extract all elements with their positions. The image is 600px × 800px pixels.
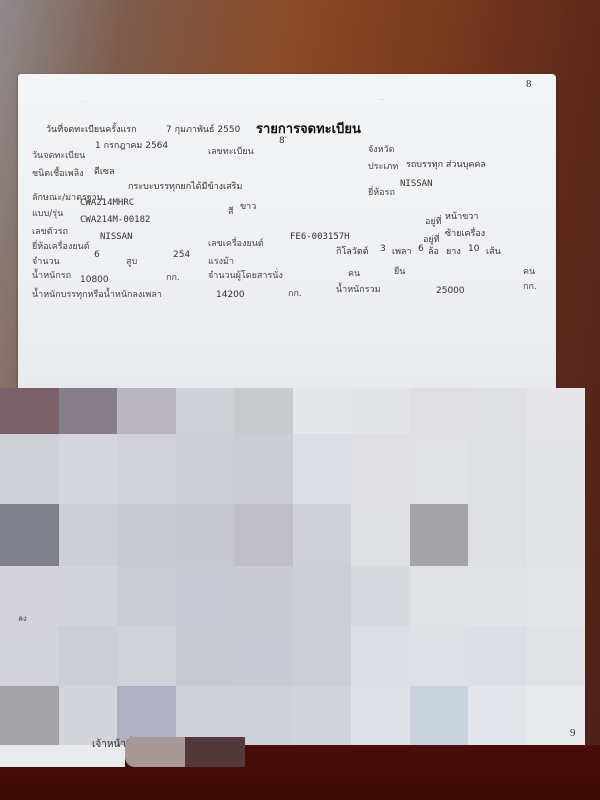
gross-weight-unit: กก. <box>523 279 537 293</box>
mosaic-tile <box>234 626 293 686</box>
vehicle-weight-label: น้ำหนักรถ <box>32 268 71 282</box>
mosaic-tile <box>527 626 586 686</box>
chassis-location-label: อยู่ที่ <box>425 214 442 228</box>
mosaic-tile <box>293 434 352 504</box>
vehicle-weight-unit: กก. <box>166 270 180 284</box>
first-registration-value: 7 กุมภาพันธ์ 2550 <box>166 122 240 136</box>
brand-label: ยี่ห้อรถ <box>368 185 395 199</box>
model-value: CWA214MHRC <box>80 198 134 208</box>
tires-unit: เส้น <box>486 244 501 258</box>
mosaic-tile <box>59 504 118 566</box>
faint-header-left: ... <box>78 96 85 104</box>
standing-label: ยืน <box>394 264 405 278</box>
mosaic-tile <box>410 434 469 504</box>
page-number-top: 8 <box>526 78 532 90</box>
engine-location-value: ซ้ายเครื่อง <box>445 226 485 240</box>
passengers-label: จำนวนผู้โดยสารนั่ง <box>208 268 283 282</box>
mosaic-tile <box>351 434 410 504</box>
mosaic-tile <box>176 566 235 626</box>
registration-number-value: 8′ <box>279 136 287 146</box>
province-label: จังหวัด <box>368 142 395 156</box>
gross-weight-value: 25000 <box>436 286 465 296</box>
mosaic-tile <box>0 434 59 504</box>
mosaic-tile <box>293 566 352 626</box>
axles-unit: เพลา <box>392 244 412 258</box>
mosaic-tile <box>351 686 410 745</box>
body-style-value: กระบะบรรทุกยกได้มีข้างเสริม <box>128 179 242 193</box>
kilowatt-label: กิโลวัตต์ <box>336 244 369 258</box>
engine-number-label: เลขเครื่องยนต์ <box>208 236 264 250</box>
mosaic-tile <box>527 686 586 745</box>
mosaic-tile <box>176 388 235 434</box>
registration-date-value: 1 กรกฎาคม 2564 <box>95 138 168 152</box>
mosaic-tile <box>117 434 176 504</box>
wheels-value: 6 <box>418 244 424 254</box>
mosaic-tile <box>0 626 59 686</box>
chassis-number-label: เลขตัวรถ <box>32 224 68 238</box>
mosaic-tile <box>410 566 469 626</box>
engine-brand-label: ยี่ห้อเครื่องยนต์ <box>32 239 90 253</box>
censored-block <box>185 737 245 767</box>
mosaic-tile <box>117 388 176 434</box>
mosaic-tile <box>527 388 586 434</box>
mosaic-tile <box>293 504 352 566</box>
censored-region <box>0 388 585 745</box>
tires-label: ยาง <box>446 244 461 258</box>
color-value: ขาว <box>240 199 256 213</box>
faint-header-right: ... <box>378 94 385 102</box>
first-registration-label: วันที่จดทะเบียนครั้งแรก <box>46 122 137 136</box>
mosaic-tile <box>527 566 586 626</box>
cylinders-label: จำนวน <box>32 254 60 268</box>
mosaic-tile <box>410 504 469 566</box>
mosaic-tile <box>59 434 118 504</box>
vehicle-type-value: รถบรรทุก ส่วนบุคคล <box>406 157 486 171</box>
mosaic-tile <box>176 434 235 504</box>
gross-weight-label: น้ำหนักรวม <box>336 282 381 296</box>
fuel-type-label: ชนิดเชื้อเพลิง <box>32 166 84 180</box>
mosaic-tile <box>234 388 293 434</box>
mosaic-tile <box>351 566 410 626</box>
color-label: สี <box>228 204 234 218</box>
mosaic-tile <box>293 388 352 434</box>
registration-date-label: วันจดทะเบียน <box>32 148 85 162</box>
mosaic-tile <box>293 626 352 686</box>
mosaic-tile <box>410 388 469 434</box>
cylinders-value: 6 <box>94 250 100 260</box>
brand-value: NISSAN <box>400 179 433 189</box>
payload-label: น้ำหนักบรรทุกหรือน้ำหนักลงเพลา <box>32 287 162 301</box>
mosaic-tile <box>527 504 586 566</box>
engine-number-value: FE6-003157H <box>290 232 350 242</box>
payload-unit: กก. <box>288 286 302 300</box>
mosaic-tile <box>234 504 293 566</box>
standing-unit: คน <box>523 264 535 278</box>
mosaic-tile <box>468 686 527 745</box>
mosaic-tile <box>234 566 293 626</box>
mosaic-tile <box>468 626 527 686</box>
displacement-unit: แรงม้า <box>208 254 234 268</box>
wheels-unit: ล้อ <box>428 244 439 258</box>
vehicle-weight-value: 10800 <box>80 275 109 285</box>
mosaic-tile <box>176 626 235 686</box>
model-label: แบบ/รุ่น <box>32 206 63 220</box>
chassis-number-value: CWA214M-00182 <box>80 215 150 225</box>
mosaic-tile <box>59 566 118 626</box>
mosaic-tile <box>468 504 527 566</box>
mosaic-tile <box>527 434 586 504</box>
mosaic-tile <box>293 686 352 745</box>
passengers-unit: คน <box>348 266 360 280</box>
mosaic-tile <box>117 566 176 626</box>
sign-label: ลง <box>18 612 27 625</box>
displacement-value: 254 <box>173 250 190 260</box>
document-title: รายการจดทะเบียน <box>256 118 361 139</box>
axles-value: 3 <box>380 244 386 254</box>
registration-number-label: เลขทะเบียน <box>208 144 254 158</box>
cylinders-unit: สูบ <box>126 254 137 268</box>
mosaic-tile <box>59 626 118 686</box>
censored-block <box>125 737 185 767</box>
fuel-type-value: ดีเซล <box>94 164 115 178</box>
registration-document: 8 ... ... วันที่จดทะเบียนครั้งแรก 7 กุมภ… <box>18 74 556 404</box>
page-number-bottom: 9 <box>570 727 576 739</box>
mosaic-tile <box>0 388 59 434</box>
mosaic-tile <box>0 686 59 745</box>
mosaic-tile <box>410 626 469 686</box>
mosaic-tile <box>351 388 410 434</box>
mosaic-tile <box>410 686 469 745</box>
engine-brand-value: NISSAN <box>100 232 133 242</box>
mosaic-tile <box>351 504 410 566</box>
mosaic-tile <box>117 504 176 566</box>
vehicle-type-label: ประเภท <box>368 159 398 173</box>
mosaic-tile <box>59 388 118 434</box>
mosaic-tile <box>234 434 293 504</box>
tires-value: 10 <box>468 244 479 254</box>
chassis-location-value: หน้าขวา <box>445 209 478 223</box>
mosaic-tile <box>351 626 410 686</box>
mosaic-tile <box>117 626 176 686</box>
payload-value: 14200 <box>216 290 245 300</box>
mosaic-tile <box>176 504 235 566</box>
mosaic-tile <box>468 566 527 626</box>
mosaic-tile <box>0 504 59 566</box>
mosaic-tile <box>0 566 59 626</box>
mosaic-tile <box>468 434 527 504</box>
mosaic-tile <box>468 388 527 434</box>
